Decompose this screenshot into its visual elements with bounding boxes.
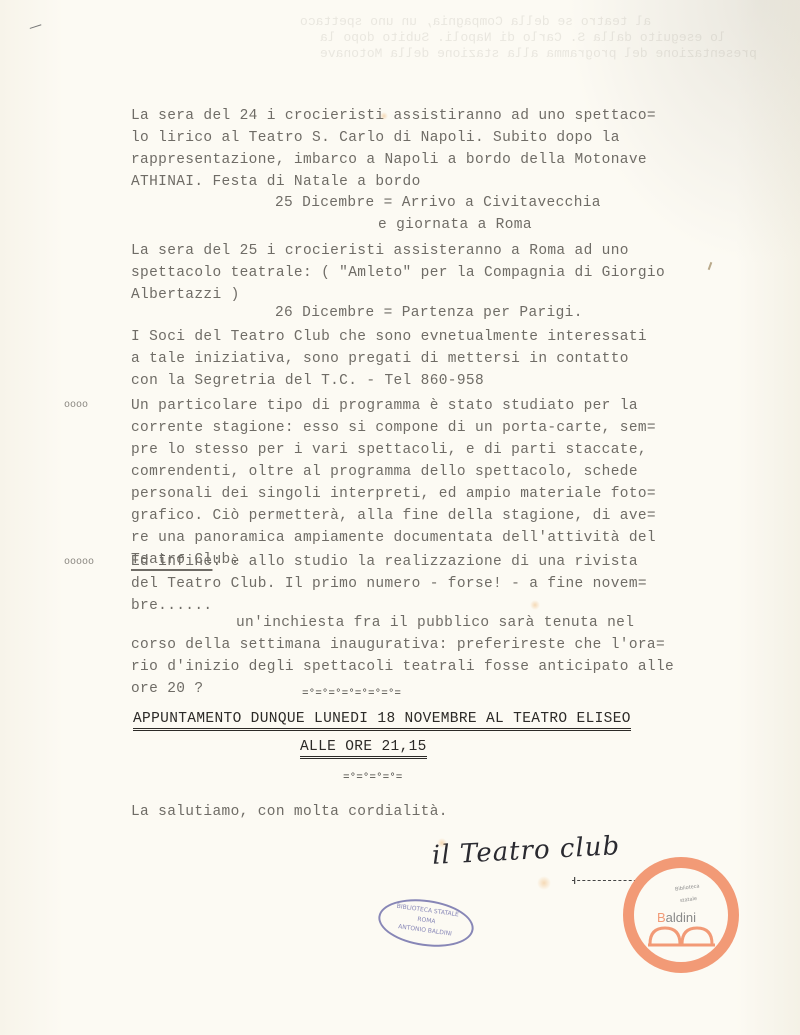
paragraph-4-line-6: grafico. Ciò permetterà, alla fine della… [131, 507, 656, 525]
paragraph-4-line-2: corrente stagione: esso si compone di un… [131, 419, 656, 437]
paragraph-2-line-3: Albertazzi ) [131, 286, 240, 304]
itinerary-25-line-1: 25 Dicembre = Arrivo a Civitavecchia [275, 194, 601, 212]
paragraph-6-line-2: corso della settimana inaugurativa: pref… [131, 636, 665, 654]
itinerary-26: 26 Dicembre = Partenza per Parigi. [275, 304, 583, 322]
margin-mark-4: oooo [64, 400, 88, 411]
paper-stain [380, 112, 388, 120]
paragraph-6-line-1: un'inchiesta fra il pubblico sarà tenuta… [236, 614, 634, 632]
paragraph-1-line-1: La sera del 24 i crocieristi assistirann… [131, 107, 656, 125]
handwritten-signature: il Teatro club [431, 831, 620, 871]
separator-ornament-2: =°=°=°=°= [343, 772, 402, 784]
margin-mark-5: ooooo [64, 557, 94, 568]
appointment-time: ALLE ORE 21,15 [300, 739, 427, 759]
paragraph-5-line-1: Ed infine: è allo studio la realizzazion… [131, 553, 638, 571]
bleed-through-text: al teatro se della Compagnia, un uno spe… [300, 14, 651, 29]
paragraph-4-line-5: personali dei singoli interpreti, ed amp… [131, 485, 656, 503]
logo-name-rest: aldini [666, 910, 696, 925]
paper-stain [437, 838, 447, 848]
library-stamp: BIBLIOTECA STATALE ROMA ANTONIO BALDINI [375, 894, 476, 953]
scanned-letter-page: al teatro se della Compagnia, un uno spe… [0, 0, 800, 1035]
itinerary-25-line-2: e giornata a Roma [378, 216, 532, 234]
paragraph-2-line-2: spettacolo teatrale: ( "Amleto" per la C… [131, 264, 665, 282]
baldini-library-logo: Biblioteca statale Baldini [623, 857, 739, 973]
paper-stain [530, 600, 540, 610]
separator-ornament-1: =°=°=°=°=°=°=°= [302, 688, 401, 700]
logo-name: Baldini [657, 910, 696, 925]
paper-stain [537, 876, 551, 890]
paragraph-5-line-1-text: : è allo studio la realizzazione di una … [212, 554, 637, 570]
paragraph-3-line-1: I Soci del Teatro Club che sono evnetual… [131, 328, 647, 346]
paragraph-5-line-2: del Teatro Club. Il primo numero - forse… [131, 575, 647, 593]
logo-name-initial: B [657, 910, 666, 925]
bleed-through-text: lo eseguito dalla S. Carlo di Napoli. Su… [320, 30, 726, 45]
appointment-line: APPUNTAMENTO DUNQUE LUNEDI 18 NOVEMBRE A… [133, 710, 631, 728]
paragraph-4-line-7: re una panoramica ampiamente documentata… [131, 529, 656, 547]
paragraph-1-line-4: ATHINAI. Festa di Natale a bordo [131, 173, 421, 191]
appointment-time-line: ALLE ORE 21,15 [300, 738, 427, 756]
appointment-text: APPUNTAMENTO DUNQUE LUNEDI 18 NOVEMBRE A… [133, 711, 631, 731]
edge-mark [708, 262, 713, 270]
paragraph-3-line-3: con la Segretria del T.C. - Tel 860-958 [131, 372, 484, 390]
paragraph-1-line-2: lo lirico al Teatro S. Carlo di Napoli. … [131, 129, 620, 147]
paragraph-1-line-3: rappresentazione, imbarco a Napoli a bor… [131, 151, 647, 169]
bleed-through-text: presentazione del programma alla stazion… [320, 46, 757, 61]
paragraph-5-lead: Ed infine [131, 554, 212, 570]
paragraph-3-line-2: a tale iniziativa, sono pregati di mette… [131, 350, 629, 368]
paragraph-4-line-3: pre lo stesso per i vari spettacoli, e d… [131, 441, 647, 459]
stray-pen-mark [30, 24, 43, 32]
paragraph-5-line-3: bre...... [131, 597, 212, 615]
paragraph-4-line-4: comrendenti, oltre al programma dello sp… [131, 463, 638, 481]
paragraph-4-line-1: Un particolare tipo di programma è stato… [131, 397, 638, 415]
closing-line: La salutiamo, con molta cordialità. [131, 803, 448, 821]
paragraph-2-line-1: La sera del 25 i crocieristi assisterann… [131, 242, 629, 260]
paragraph-6-line-4: ore 20 ? [131, 680, 203, 698]
open-book-icon [647, 925, 717, 947]
paragraph-6-line-3: rio d'inizio degli spettacoli teatrali f… [131, 658, 674, 676]
